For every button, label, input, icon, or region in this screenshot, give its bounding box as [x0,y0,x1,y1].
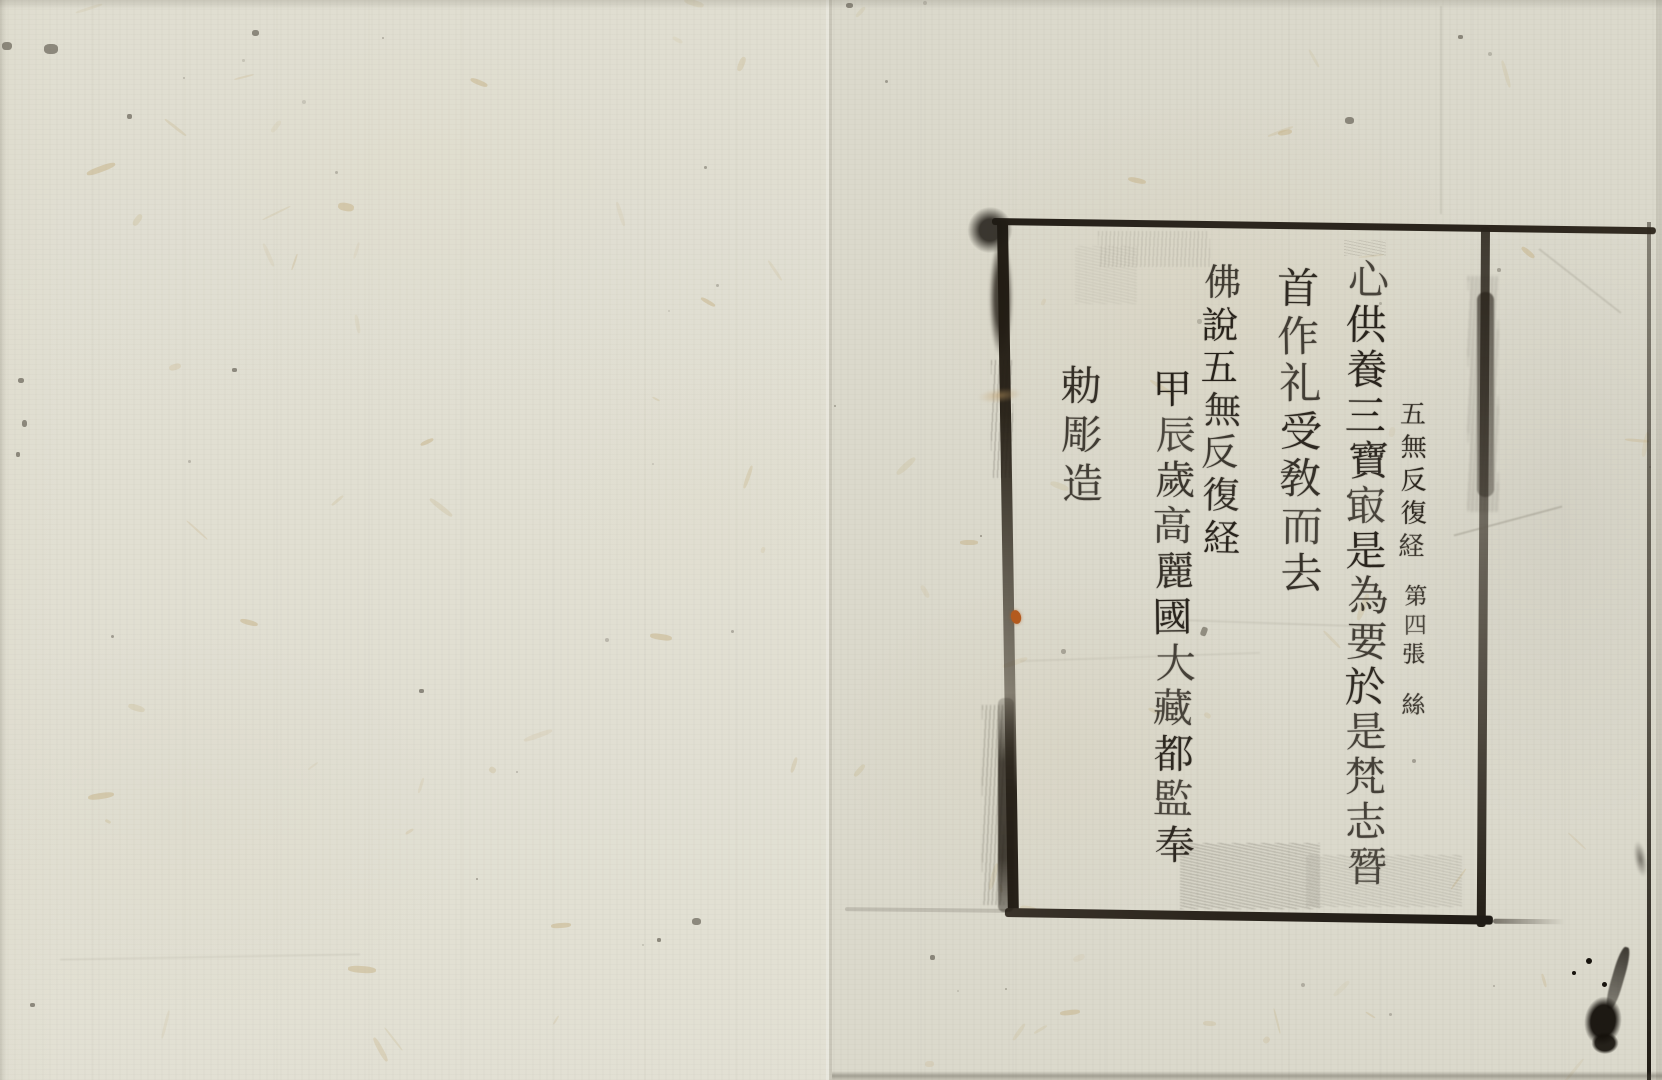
blank-left-sheet [0,0,830,1080]
right-edge-line [1647,222,1651,1080]
page-right-edge [1656,0,1662,1080]
sheet-mark-number: 第四張 [1394,583,1434,670]
colophon-date-column: 甲辰歲高麗國大藏都監奉 [1149,368,1199,870]
colophon-edict-column: 勅彫造 [1057,362,1107,509]
scanned-sutra-sheet: 心供養三寶㝡是為要於是梵志朁 五無反復経 第四張 絲 首作礼受敎而去 佛說五無反… [0,0,1662,1080]
sheet-seam-line [829,0,832,1080]
end-title-column: 佛說五無反復経 [1196,262,1246,560]
closing-line-column: 首作礼受敎而去 [1272,265,1328,598]
page-top-edge [0,0,1662,9]
page-left-edge [0,0,7,1080]
main-text-column: 心供養三寶㝡是為要於是梵志朁 [1338,258,1396,891]
page-bottom-edge [832,1071,1662,1080]
sheet-mark-title: 五無反復経 [1391,399,1435,564]
sheet-mark-case-char: 絲 [1394,690,1434,720]
bottom-rule-right-extension [1493,919,1565,925]
